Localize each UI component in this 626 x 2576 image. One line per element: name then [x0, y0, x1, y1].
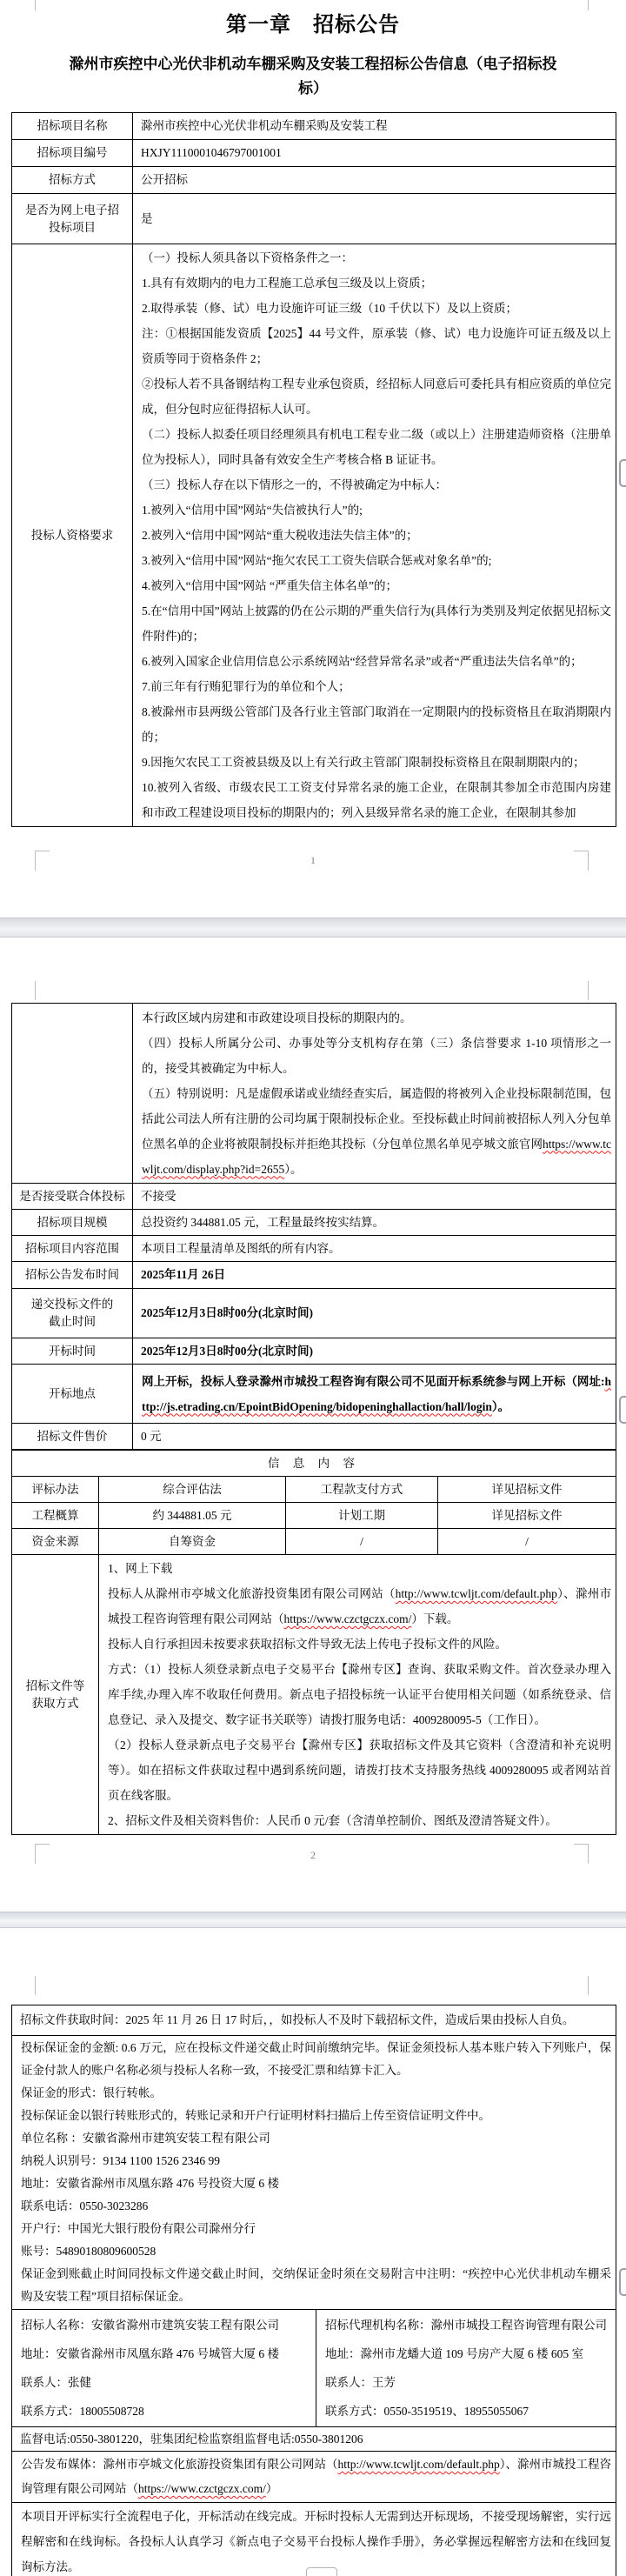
field-label: 投标人资格要求 [12, 244, 133, 827]
paragraph: ②投标人若不具备钢结构工程专业承包资质，经招标人同意后可委托具有相应资质的单位完… [134, 371, 615, 422]
field-label: 招标方式 [12, 167, 133, 194]
table-row: 招标项目编号 HXJY1110001046797001001 [12, 140, 616, 167]
tenderer-phone: 联系方式：18005508728 [13, 2397, 315, 2426]
field-label: 招标项目名称 [12, 113, 133, 140]
paragraph: 保证金到账截止时间同投标文件递交截止时间，交纳保证金时须在交易附言中注明：“疾控… [13, 2263, 615, 2308]
field-value: 详见招标文件 [438, 1477, 616, 1503]
obtain-text: 投标人从滁州市亭城文化旅游投资集团有限公司网站（ [108, 1587, 396, 1600]
paragraph: 网上开标，投标人登录滁州市城投工程咨询有限公司不见面开标系统参与网上开标（网址:… [134, 1369, 615, 1419]
info-section-header: 信 息 内 容 [12, 1451, 616, 1477]
table-row: 招标项目内容范围 本项目工程量清单及图纸的所有内容。 [12, 1236, 616, 1262]
czctgczx-url: https://www.czctgczx.com/ [284, 1612, 412, 1625]
table-row: 开标地点 网上开标，投标人登录滁州市城投工程咨询有限公司不见面开标系统参与网上开… [12, 1365, 616, 1424]
media-text: 公告发布媒体：滁州市亭城文化旅游投资集团有限公司网站（ [21, 2458, 338, 2471]
field-label: 是否接受联合体投标 [12, 1184, 133, 1210]
field-label: 招标文件等获取方式 [12, 1555, 99, 1835]
chapter-title: 第一章 招标公告 [0, 0, 626, 40]
paragraph: 2、招标文件及相关资料售价：人民币 0 元/套（含清单控制价、图纸及澄清答疑文件… [100, 1808, 615, 1833]
bid-opening-place-cell: 网上开标，投标人登录滁州市城投工程咨询有限公司不见面开标系统参与网上开标（网址:… [133, 1365, 616, 1424]
paragraph: 联系电话：0550-3023286 [13, 2195, 615, 2218]
paragraph: 6.被列入国家企业信用信息公示系统网站“经营异常名录”或者“严重违法失信名单”的… [134, 649, 615, 674]
paragraph: 2.被列入“信用中国”网站“重大税收违法失信主体”的； [134, 523, 615, 548]
document-page-1: 第一章 招标公告 滁州市疾控中心光伏非机动车棚采购及安装工程招标公告信息（电子招… [0, 0, 626, 918]
deposit-contact-table: 招标文件获取时间：2025 年 11 月 26 日 17 时后，，如投标人不及时… [11, 2005, 616, 2576]
tcwljt-url: http://www.tcwljt.com/default.php [338, 2458, 500, 2471]
paragraph: 本行政区域内房建和市政建设项目投标的期限内的。 [134, 1005, 615, 1031]
info-content-table: 信 息 内 容 评标办法 综合评估法 工程款支付方式 详见招标文件 工程概算 约… [11, 1450, 616, 1835]
paragraph: （2）投标人登录新点电子交易平台【滁州专区】获取招标文件及其它资料（含澄清和补充… [100, 1732, 615, 1808]
field-label-empty [12, 1004, 133, 1184]
paragraph: 10.被列入省级、市级农民工工资支付异常名录的施工企业，在限制其参加全市范围内房… [134, 775, 615, 825]
paragraph: 投标人自行承担因未按要求获取招标文件导致无法上传电子投标文件的风险。 [100, 1632, 615, 1657]
document-page-3: 招标文件获取时间：2025 年 11 月 26 日 17 时后，，如投标人不及时… [0, 1928, 626, 2576]
e-bidding-notice-cell: 本项目开评标实行全流程电子化，开标活动在线完成。开标时投标人无需到达开标现场，不… [12, 2503, 616, 2576]
table-row: 工程概算 约 344881.05 元 计划工期 详见招标文件 [12, 1503, 616, 1529]
media-cell: 公告发布媒体：滁州市亭城文化旅游投资集团有限公司网站（http://www.tc… [12, 2452, 616, 2503]
table-row: 本行政区域内房建和市政建设项目投标的期限内的。 （四）投标人所属分公司、办事处等… [12, 1004, 616, 1184]
table-row: 招标公告发布时间 2025年11月 26日 [12, 1262, 616, 1289]
paragraph: （三）投标人存在以下情形之一的，不得被确定为中标人： [134, 472, 615, 497]
table-row: 开标时间 2025年12月3日8时00分(北京时间) [12, 1338, 616, 1365]
page-break [0, 1912, 626, 1928]
agency-contact: 联系人：王芳 [317, 2368, 615, 2397]
paragraph: （二）投标人拟委任项目经理须具有机电工程专业二级（或以上）注册建造师资格（注册单… [134, 422, 615, 472]
paragraph: 8.被滁州市县两级公管部门及各行业主管部门取消在一定期限内的投标资格且在取消期限… [134, 699, 615, 750]
document-page-2: 本行政区域内房建和市政建设项目投标的期限内的。 （四）投标人所属分公司、办事处等… [0, 938, 626, 1912]
field-value: / [438, 1529, 616, 1555]
paragraph: 地址：安徽省滁州市凤凰东路 476 号投资大厦 6 楼 [13, 2172, 615, 2195]
field-value: 综合评估法 [99, 1477, 286, 1503]
submission-deadline: 2025年12月3日8时00分(北京时间) [133, 1289, 616, 1338]
field-label: 是否为网上电子招投标项目 [12, 194, 133, 244]
agency-phone: 联系方式：0550-3519519、18955055067 [317, 2397, 615, 2426]
note-text: ）。 [284, 1163, 302, 1176]
field-label: 招标项目内容范围 [12, 1236, 133, 1262]
paragraph: 投标保证金的金额: 0.6 万元，应在投标文件递交截止时间前缴纳完毕。保证金须投… [13, 2037, 615, 2082]
document-obtain-cell: 1、网上下载 投标人从滁州市亭城文化旅游投资集团有限公司网站（http://ww… [99, 1555, 616, 1835]
paragraph: 3.被列入“信用中国”网站“拖欠农民工工资失信联合惩戒对象名单”的; [134, 548, 615, 573]
margin-mark [35, 1976, 36, 1995]
field-label: 开标时间 [12, 1338, 133, 1365]
table-row: 是否为网上电子招投标项目 是 [12, 194, 616, 244]
margin-mark [35, 981, 36, 1000]
field-value: 总投资约 344881.05 元，工程量最终按实结算。 [133, 1210, 616, 1236]
table-row: 招标项目规模 总投资约 344881.05 元，工程量最终按实结算。 [12, 1210, 616, 1236]
field-label: 开标地点 [12, 1365, 133, 1424]
tcwljt-url: http://www.tcwljt.com/default.php [396, 1587, 557, 1600]
scrollbar-thumb[interactable] [619, 1396, 626, 1424]
field-value: 本项目工程量清单及图纸的所有内容。 [133, 1236, 616, 1262]
tenderer-contact: 联系人：张健 [13, 2368, 315, 2397]
table-row: 招标文件售价 0 元 [12, 1424, 616, 1450]
table-row: 公告发布媒体：滁州市亭城文化旅游投资集团有限公司网站（http://www.tc… [12, 2452, 616, 2503]
paragraph: 本项目开评标实行全流程电子化，开标活动在线完成。开标时投标人无需到达开标现场，不… [13, 2504, 615, 2576]
field-label: 招标项目编号 [12, 140, 133, 167]
field-value: / [286, 1529, 438, 1555]
announcement-title: 滁州市疾控中心光伏非机动车棚采购及安装工程招标公告信息（电子招标投标） [61, 52, 565, 101]
table-row: 招标人名称：安徽省滁州市建筑安装工程有限公司 地址：安徽省滁州市凤凰东路 476… [12, 2310, 616, 2427]
agency-info-cell: 招标代理机构名称：滁州市城投工程咨询管理有限公司 地址：滁州市龙蟠大道 109 … [316, 2310, 616, 2427]
paragraph: 投标人从滁州市亭城文化旅游投资集团有限公司网站（http://www.tcwlj… [100, 1581, 615, 1632]
tenderer-name: 招标人名称：安徽省滁州市建筑安装工程有限公司 [13, 2311, 315, 2339]
margin-mark [588, 981, 589, 1000]
field-label: 招标公告发布时间 [12, 1262, 133, 1289]
paragraph: 开户行：中国光大银行股份有限公司滁州分行 [13, 2218, 615, 2240]
table-row: 监督电话:0550-3801220，驻集团纪检监察组监督电话:0550-3801… [12, 2427, 616, 2452]
paragraph: 1、网上下载 [100, 1556, 615, 1581]
deposit-info-cell: 投标保证金的金额: 0.6 万元，应在投标文件递交截止时间前缴纳完毕。保证金须投… [12, 2036, 616, 2310]
field-label: 评标办法 [12, 1477, 99, 1503]
qualification-requirements-cell: （一）投标人须具备以下资格条件之一： 1.具有有效期内的电力工程施工总承包三级及… [133, 244, 616, 827]
document-view: { "page1": { "title": "第一章 招标公告", "subti… [0, 0, 626, 2576]
paragraph: 1.具有有效期内的电力工程施工总承包三级及以上资质； [134, 270, 615, 296]
table-row: 投标保证金的金额: 0.6 万元，应在投标文件递交截止时间前缴纳完毕。保证金须投… [12, 2036, 616, 2310]
field-value: 自筹资金 [99, 1529, 286, 1555]
table-row: 评标办法 综合评估法 工程款支付方式 详见招标文件 [12, 1477, 616, 1503]
paragraph: 1.被列入“信用中国”网站“失信被执行人”的; [134, 497, 615, 523]
place-text: ）。 [492, 1400, 509, 1413]
table-row: 招标文件获取时间：2025 年 11 月 26 日 17 时后，，如投标人不及时… [12, 2005, 616, 2036]
table-row: 投标人资格要求 （一）投标人须具备以下资格条件之一： 1.具有有效期内的电力工程… [12, 244, 616, 827]
tenderer-info-cell: 招标人名称：安徽省滁州市建筑安装工程有限公司 地址：安徽省滁州市凤凰东路 476… [12, 2310, 316, 2427]
margin-mark [588, 1976, 589, 1995]
paragraph: 9.因拖欠农民工工资被县级及以上有关行政主管部门限制投标资格且在限制期限内的； [134, 750, 615, 775]
czctgczx-url: https://www.czctgczx.com/ [138, 2482, 266, 2495]
note-text: （五）特别说明：凡是虚假承诺或业绩经查实后，属造假的将被列入企业投标限制范围，包… [142, 1087, 611, 1151]
table-row: 本项目开评标实行全流程电子化，开标活动在线完成。开标时投标人无需到达开标现场，不… [12, 2503, 616, 2576]
field-label: 工程款支付方式 [286, 1477, 438, 1503]
field-label: 招标项目规模 [12, 1210, 133, 1236]
paragraph: （五）特别说明：凡是虚假承诺或业绩经查实后，属造假的将被列入企业投标限制范围，包… [134, 1081, 615, 1182]
field-label: 递交投标文件的截止时间 [12, 1289, 133, 1338]
field-value: 不接受 [133, 1184, 616, 1210]
field-value: HXJY1110001046797001001 [133, 140, 616, 167]
agency-address: 地址：滁州市龙蟠大道 109 号房产大厦 6 楼 605 室 [317, 2339, 615, 2368]
scrollbar-thumb[interactable] [619, 2268, 626, 2296]
page-number-box-partial [306, 2567, 337, 2576]
paragraph: 保证金的形式：银行转帐。 [13, 2082, 615, 2105]
paragraph: 投标保证金以银行转账形式的，转账记录和开户行证明材料扫描后上传至资信证明文件中。 [13, 2105, 615, 2127]
bid-opening-time: 2025年12月3日8时00分(北京时间) [133, 1338, 616, 1365]
table-row: 递交投标文件的截止时间 2025年12月3日8时00分(北京时间) [12, 1289, 616, 1338]
field-value: 公开招标 [133, 167, 616, 194]
field-value: 详见招标文件 [438, 1503, 616, 1529]
qualification-continued-cell: 本行政区域内房建和市政建设项目投标的期限内的。 （四）投标人所属分公司、办事处等… [133, 1004, 616, 1184]
paragraph: 方式：（1）投标人须登录新点电子交易平台【滁州专区】查询、获取采购文件。首次登录… [100, 1657, 615, 1732]
table-row: 是否接受联合体投标 不接受 [12, 1184, 616, 1210]
paragraph: 纳税人识别号：9134 1100 1526 2346 99 [13, 2150, 615, 2172]
paragraph: 4.被列入“信用中国”网站 “严重失信主体名单”的； [134, 573, 615, 598]
table-row: 资金来源 自筹资金 / / [12, 1529, 616, 1555]
table-row: 信 息 内 容 [12, 1451, 616, 1477]
agency-name: 招标代理机构名称：滁州市城投工程咨询管理有限公司 [317, 2311, 615, 2339]
paragraph: 5.在“信用中国”网站上披露的仍在公示期的严重失信行为(具体行为类别及判定依据见… [134, 598, 615, 649]
scrollbar-thumb[interactable] [619, 459, 626, 487]
page-number: 1 [0, 854, 626, 867]
table-row: 招标文件等获取方式 1、网上下载 投标人从滁州市亭城文化旅游投资集团有限公司网站… [12, 1555, 616, 1835]
paragraph: 注：①根据国能发资质【2025】44 号文件，原承装（修、试）电力设施许可证五级… [134, 321, 615, 371]
field-label: 招标文件售价 [12, 1424, 133, 1450]
table-row: 招标项目名称 滁州市疾控中心光伏非机动车棚采购及安装工程 [12, 113, 616, 140]
field-value: 0 元 [133, 1424, 616, 1450]
paragraph: 2.取得承装（修、试）电力设施许可证三级（10 千伏以下）及以上资质； [134, 296, 615, 321]
obtain-time-cell: 招标文件获取时间：2025 年 11 月 26 日 17 时后，，如投标人不及时… [12, 2005, 616, 2036]
table-row: 招标方式 公开招标 [12, 167, 616, 194]
obtain-text: ）下载。 [411, 1612, 458, 1625]
paragraph: （一）投标人须具备以下资格条件之一： [134, 245, 615, 270]
field-value: 是 [133, 194, 616, 244]
field-label: 计划工期 [286, 1503, 438, 1529]
paragraph: 账号：54890180809600528 [13, 2240, 615, 2263]
field-label: 资金来源 [12, 1529, 99, 1555]
supervision-phone-cell: 监督电话:0550-3801220，驻集团纪检监察组监督电话:0550-3801… [12, 2427, 616, 2452]
field-label: 工程概算 [12, 1503, 99, 1529]
field-value: 滁州市疾控中心光伏非机动车棚采购及安装工程 [133, 113, 616, 140]
paragraph: 公告发布媒体：滁州市亭城文化旅游投资集团有限公司网站（http://www.tc… [13, 2453, 615, 2501]
place-text: 网上开标，投标人登录滁州市城投工程咨询有限公司不见面开标系统参与网上开标（网址: [142, 1375, 604, 1388]
paragraph: （四）投标人所属分公司、办事处等分支机构存在第（三）条信誉要求 1-10 项情形… [134, 1031, 615, 1081]
media-text: ） [266, 2482, 278, 2495]
paragraph: 7.前三年有行贿犯罪行为的单位和个人； [134, 674, 615, 699]
project-info-table-continued: 本行政区域内房建和市政建设项目投标的期限内的。 （四）投标人所属分公司、办事处等… [11, 1003, 616, 1450]
announce-date: 2025年11月 26日 [133, 1262, 616, 1289]
page-break [0, 918, 626, 938]
project-info-table: 招标项目名称 滁州市疾控中心光伏非机动车棚采购及安装工程 招标项目编号 HXJY… [11, 112, 616, 827]
field-value: 约 344881.05 元 [99, 1503, 286, 1529]
page-number: 2 [0, 1849, 626, 1862]
paragraph: 单位名称 ：安徽省滁州市建筑安装工程有限公司 [13, 2127, 615, 2150]
tenderer-address: 地址：安徽省滁州市凤凰东路 476 号城管大厦 6 楼 [13, 2339, 315, 2368]
